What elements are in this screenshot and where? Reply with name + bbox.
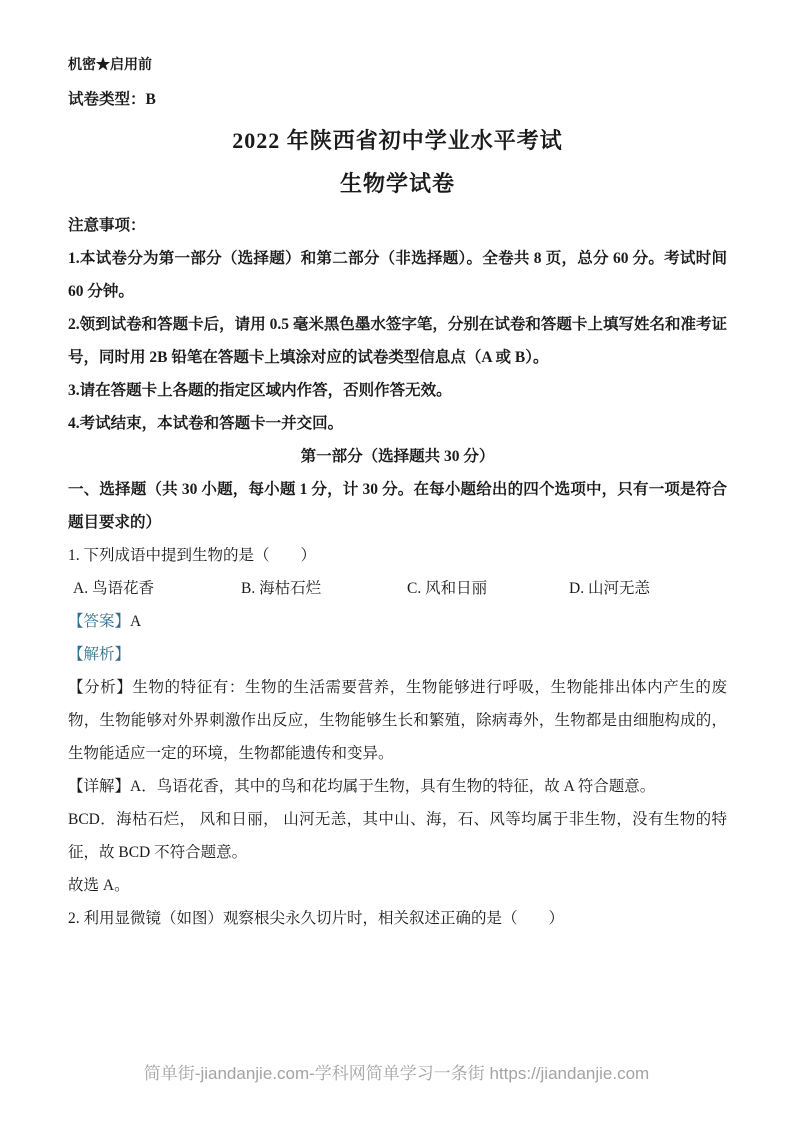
exam-paper-page: 机密★启用前 试卷类型：B 2022 年陕西省初中学业水平考试 生物学试卷 注意… xyxy=(0,0,793,1122)
q1-option-b: B. 海枯石烂 xyxy=(241,572,407,605)
detail-label: 【详解】 xyxy=(68,778,130,795)
exam-subtitle: 生物学试卷 xyxy=(68,168,727,200)
q1-answer-line: 【答案】A xyxy=(68,605,727,638)
answer-value: A xyxy=(130,613,141,630)
notice-item-3: 3.请在答题卡上各题的指定区域内作答，否则作答无效。 xyxy=(68,374,727,407)
notice-item-1: 1.本试卷分为第一部分（选择题）和第二部分（非选择题）。全卷共 8 页，总分 6… xyxy=(68,242,727,308)
detail-a-text: A．鸟语花香，其中的鸟和花均属于生物，具有生物的特征，故 A 符合题意。 xyxy=(130,778,655,795)
q1-detail-a: 【详解】A．鸟语花香，其中的鸟和花均属于生物，具有生物的特征，故 A 符合题意。 xyxy=(68,770,727,803)
analysis-label: 【分析】 xyxy=(68,679,132,696)
q1-options-row: A. 鸟语花香 B. 海枯石烂 C. 风和日丽 D. 山河无恙 xyxy=(68,572,727,605)
q1-detail-bcd: BCD．海枯石烂， 风和日丽， 山河无恙，其中山、海，石、风等均属于非生物，没有… xyxy=(68,803,727,869)
paper-type-label: 试卷类型：B xyxy=(68,88,727,112)
exam-paper-content: 机密★启用前 试卷类型：B 2022 年陕西省初中学业水平考试 生物学试卷 注意… xyxy=(68,56,727,935)
q1-explain-line: 【解析】 xyxy=(68,638,727,671)
q1-conclusion: 故选 A。 xyxy=(68,869,727,902)
q1-option-d: D. 山河无恙 xyxy=(569,572,727,605)
q1-option-c: C. 风和日丽 xyxy=(407,572,569,605)
section-intro: 一、选择题（共 30 小题，每小题 1 分，计 30 分。在每小题给出的四个选项… xyxy=(68,473,727,539)
q1-stem: 1. 下列成语中提到生物的是（ ） xyxy=(68,539,727,572)
exam-title: 2022 年陕西省初中学业水平考试 xyxy=(68,125,727,157)
confidential-label: 机密★启用前 xyxy=(68,56,727,75)
q2-stem: 2. 利用显微镜（如图）观察根尖永久切片时，相关叙述正确的是（ ） xyxy=(68,902,727,935)
q1-option-a: A. 鸟语花香 xyxy=(73,572,241,605)
answer-label: 【答案】 xyxy=(68,613,130,630)
analysis-text: 生物的特征有：生物的生活需要营养，生物能够进行呼吸，生物能排出体内产生的废物，生… xyxy=(68,679,727,762)
explain-label: 【解析】 xyxy=(68,646,130,663)
notice-item-2: 2.领到试卷和答题卡后，请用 0.5 毫米黑色墨水签字笔，分别在试卷和答题卡上填… xyxy=(68,308,727,374)
footer-watermark: 简单街-jiandanjie.com-学科网简单学习一条街 https://ji… xyxy=(0,1062,793,1086)
part1-heading: 第一部分（选择题共 30 分） xyxy=(68,440,727,473)
notice-heading: 注意事项： xyxy=(68,210,727,242)
notice-item-4: 4.考试结束，本试卷和答题卡一并交回。 xyxy=(68,407,727,440)
q1-analysis: 【分析】生物的特征有：生物的生活需要营养，生物能够进行呼吸，生物能排出体内产生的… xyxy=(68,671,727,770)
